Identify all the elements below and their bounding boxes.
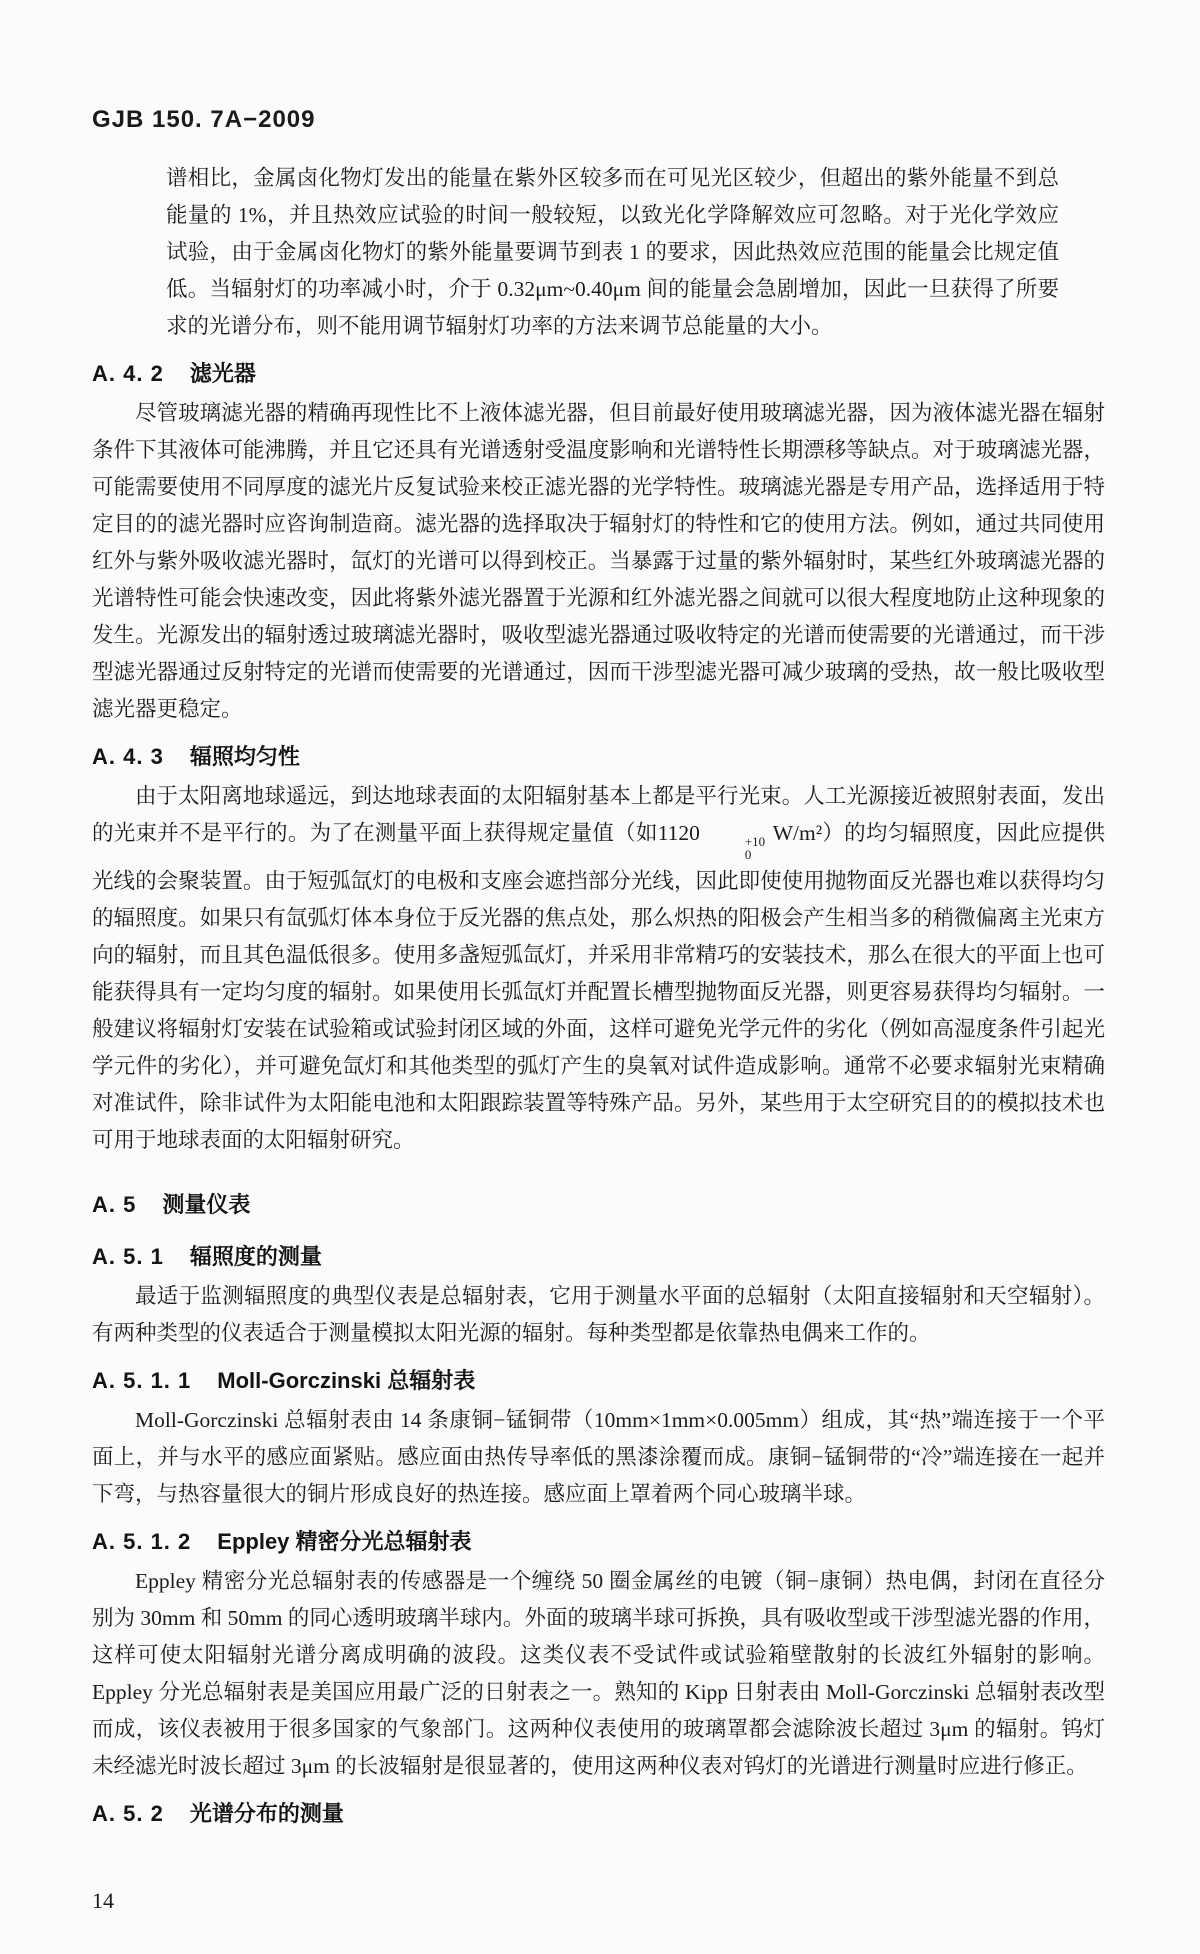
paragraph-continuation: 谱相比，金属卤化物灯发出的能量在紫外区较多而在可见光区较少，但超出的紫外能量不到… [166, 160, 1059, 345]
paragraph-a5-1-1: Moll-Gorczinski 总辐射表由 14 条康铜−锰铜带（10mm×1m… [92, 1402, 1105, 1513]
heading-a5: A. 5测量仪表 [92, 1189, 1105, 1221]
heading-a5-1-number: A. 5. 1 [92, 1244, 164, 1269]
heading-a4-2-title: 滤光器 [190, 361, 256, 386]
heading-a5-1-1-number: A. 5. 1. 1 [92, 1368, 191, 1393]
heading-a5-2-title: 光谱分布的测量 [190, 1801, 344, 1826]
tolerance-upper: +10 [702, 836, 765, 850]
heading-a5-1: A. 5. 1辐照度的测量 [92, 1241, 1105, 1273]
standard-number: GJB 150. 7A−2009 [92, 106, 315, 133]
heading-a4-2: A. 4. 2滤光器 [92, 358, 1105, 390]
standard-number-header: GJB 150. 7A−2009 [92, 106, 1105, 134]
heading-a5-title: 测量仪表 [162, 1192, 250, 1217]
heading-a5-1-1: A. 5. 1. 1Moll-Gorczinski 总辐射表 [92, 1365, 1105, 1397]
heading-a5-1-title: 辐照度的测量 [190, 1244, 322, 1269]
paragraph-a4-3-text-after: W/m²）的均匀辐照度，因此应提供光线的会聚装置。由于短弧氙灯的电极和支座会遮挡… [92, 821, 1105, 1152]
heading-a5-1-2-number: A. 5. 1. 2 [92, 1529, 191, 1554]
heading-a5-1-2: A. 5. 1. 2Eppley 精密分光总辐射表 [92, 1526, 1105, 1558]
tolerance-lower: 0 [702, 849, 765, 863]
heading-a5-1-1-title: Moll-Gorczinski 总辐射表 [217, 1368, 475, 1393]
heading-a4-3: A. 4. 3辐照均匀性 [92, 741, 1105, 773]
paragraph-a4-2: 尽管玻璃滤光器的精确再现性比不上液体滤光器，但目前最好使用玻璃滤光器，因为液体滤… [92, 395, 1105, 728]
tolerance-notation: +100 [702, 836, 765, 863]
heading-a5-1-2-title: Eppley 精密分光总辐射表 [217, 1529, 471, 1554]
document-page: GJB 150. 7A−2009 谱相比，金属卤化物灯发出的能量在紫外区较多而在… [0, 0, 1200, 1954]
paragraph-a5-1: 最适于监测辐照度的典型仪表是总辐射表，它用于测量水平面的总辐射（太阳直接辐射和天… [92, 1278, 1105, 1352]
heading-a5-number: A. 5 [92, 1192, 136, 1217]
heading-a4-2-number: A. 4. 2 [92, 361, 164, 386]
heading-a5-2-number: A. 5. 2 [92, 1801, 164, 1826]
paragraph-a5-1-2: Eppley 精密分光总辐射表的传感器是一个缠绕 50 圈金属丝的电镀（铜−康铜… [92, 1563, 1105, 1785]
page-footer: 14 [92, 1888, 1105, 1914]
heading-a4-3-number: A. 4. 3 [92, 744, 164, 769]
paragraph-a4-3: 由于太阳离地球遥远，到达地球表面的太阳辐射基本上都是平行光束。人工光源接近被照射… [92, 778, 1105, 1159]
heading-a5-2: A. 5. 2光谱分布的测量 [92, 1798, 1105, 1830]
heading-a4-3-title: 辐照均匀性 [190, 744, 300, 769]
page-number: 14 [92, 1888, 114, 1913]
